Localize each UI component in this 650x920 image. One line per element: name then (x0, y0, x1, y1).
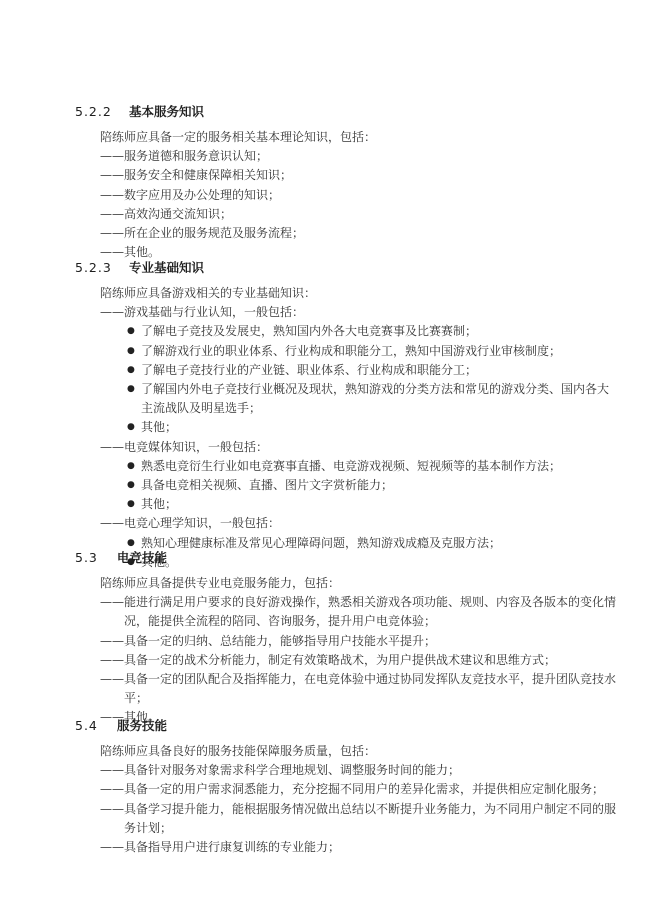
bullet-item: 了解电子竞技及发展史，熟知国内外各大电竞赛事及比赛赛制； (75, 322, 595, 341)
section-number: 5.3 (75, 548, 117, 568)
list-item: ——所在企业的服务规范及服务流程； (75, 224, 595, 243)
bullet-item: 具备电竞相关视频、直播、图片文字赏析能力； (75, 476, 595, 495)
section-5-2-3: 5.2.3专业基础知识 陪练师应具备游戏相关的专业基础知识： ——游戏基础与行业… (75, 258, 595, 572)
section-heading: 5.4服务技能 (75, 716, 595, 736)
section-intro: 陪练师应具备提供专业电竞服务能力，包括： (75, 574, 595, 593)
section-5-2-2: 5.2.2基本服务知识 陪练师应具备一定的服务相关基本理论知识，包括： ——服务… (75, 102, 595, 262)
document-page: 5.2.2基本服务知识 陪练师应具备一定的服务相关基本理论知识，包括： ——服务… (0, 0, 650, 920)
section-intro: 陪练师应具备游戏相关的专业基础知识： (75, 284, 595, 303)
list-item: ——具备一定的归纳、总结能力，能够指导用户技能水平提升； (75, 632, 595, 651)
section-number: 5.2.2 (75, 102, 129, 122)
section-number: 5.2.3 (75, 258, 129, 278)
bullet-item: 其他； (75, 495, 595, 514)
list-item: ——具备指导用户进行康复训练的专业能力； (75, 838, 595, 857)
list-item: ——具备针对服务对象需求科学合理地规划、调整服务时间的能力； (75, 761, 595, 780)
list-item: ——高效沟通交流知识； (75, 205, 595, 224)
group-label: ——电竞心理学知识，一般包括： (75, 514, 595, 533)
bullet-item: 了解电子竞技行业的产业链、职业体系、行业构成和职能分工； (75, 361, 595, 380)
group-label: ——游戏基础与行业认知，一般包括： (75, 303, 595, 322)
section-title: 服务技能 (117, 718, 167, 733)
list-item: ——具备学习提升能力，能根据服务情况做出总结以不断提升业务能力，为不同用户制定不… (75, 800, 595, 838)
section-5-3: 5.3电竞技能 陪练师应具备提供专业电竞服务能力，包括： ——能进行满足用户要求… (75, 548, 595, 728)
list-item: ——能进行满足用户要求的良好游戏操作，熟悉相关游戏各项功能、规则、内容及各版本的… (75, 593, 595, 631)
bullet-item: 熟悉电竞衍生行业如电竞赛事直播、电竞游戏视频、短视频等的基本制作方法； (75, 457, 595, 476)
section-5-4: 5.4服务技能 陪练师应具备良好的服务技能保障服务质量，包括： ——具备针对服务… (75, 716, 595, 857)
section-heading: 5.2.3专业基础知识 (75, 258, 595, 278)
section-title: 电竞技能 (117, 550, 167, 565)
group-label: ——电竞媒体知识，一般包括： (75, 438, 595, 457)
bullet-item: 其他； (75, 418, 595, 437)
list-item: ——具备一定的战术分析能力，制定有效策略战术，为用户提供战术建议和思维方式； (75, 651, 595, 670)
section-number: 5.4 (75, 716, 117, 736)
bullet-item: 了解国内外电子竞技行业概况及现状，熟知游戏的分类方法和常见的游戏分类、国内各大主… (75, 380, 595, 418)
section-heading: 5.2.2基本服务知识 (75, 102, 595, 122)
section-heading: 5.3电竞技能 (75, 548, 595, 568)
list-item: ——数字应用及办公处理的知识； (75, 186, 595, 205)
section-intro: 陪练师应具备良好的服务技能保障服务质量，包括： (75, 742, 595, 761)
section-intro: 陪练师应具备一定的服务相关基本理论知识，包括： (75, 128, 595, 147)
list-item: ——具备一定的团队配合及指挥能力，在电竞体验中通过协同发挥队友竞技水平，提升团队… (75, 670, 595, 708)
list-item: ——具备一定的用户需求洞悉能力，充分挖掘不同用户的差异化需求，并提供相应定制化服… (75, 780, 595, 799)
list-item: ——服务道德和服务意识认知； (75, 147, 595, 166)
bullet-item: 了解游戏行业的职业体系、行业构成和职能分工，熟知中国游戏行业审核制度； (75, 342, 595, 361)
section-title: 专业基础知识 (129, 260, 204, 275)
section-title: 基本服务知识 (129, 104, 204, 119)
list-item: ——服务安全和健康保障相关知识； (75, 166, 595, 185)
